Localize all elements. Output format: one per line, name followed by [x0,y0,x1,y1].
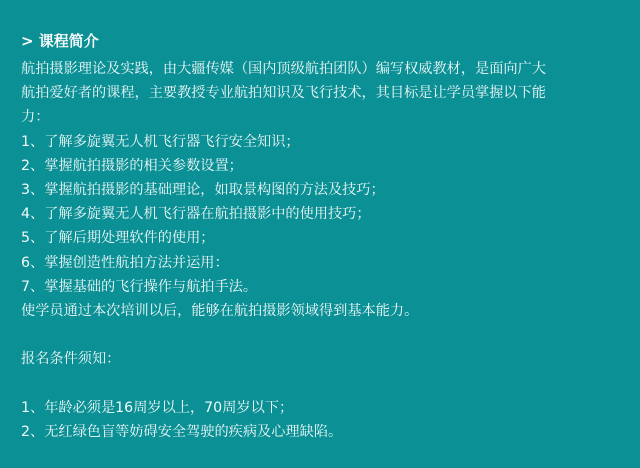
conclusion-text: 使学员通过本次培训以后，能够在航拍摄影领域得到基本能力。 [21,299,626,323]
requirement-item: 2、无红绿色盲等妨碍安全驾驶的疾病及心理缺陷。 [21,420,626,444]
spacer [21,323,626,347]
objective-item: 6、掌握创造性航拍方法并运用： [21,251,626,275]
objective-item: 2、掌握航拍摄影的相关参数设置； [21,154,626,178]
objective-item: 1、了解多旋翼无人机飞行器飞行安全知识； [21,130,626,154]
spacer [21,371,626,395]
course-description: 航拍摄影理论及实践，由大疆传媒（国内顶级航拍团队）编写权威教材，是面向广大 航拍… [21,57,626,444]
intro-line: 航拍摄影理论及实践，由大疆传媒（国内顶级航拍团队）编写权威教材，是面向广大 [21,57,626,81]
objective-item: 3、掌握航拍摄影的基础理论，如取景构图的方法及技巧； [21,178,626,202]
objective-item: 5、了解后期处理软件的使用； [21,226,626,250]
intro-line: 力： [21,105,626,129]
objective-item: 7、掌握基础的飞行操作与航拍手法。 [21,275,626,299]
objective-item: 4、了解多旋翼无人机飞行器在航拍摄影中的使用技巧； [21,202,626,226]
section-heading: > 课程简介 [21,30,99,52]
intro-line: 航拍爱好者的课程，主要教授专业航拍知识及飞行技术，其目标是让学员掌握以下能 [21,81,626,105]
requirement-item: 1、年龄必须是16周岁以上，70周岁以下； [21,396,626,420]
course-intro-panel: > 课程简介 航拍摄影理论及实践，由大疆传媒（国内顶级航拍团队）编写权威教材，是… [0,0,640,468]
requirements-title: 报名条件须知： [21,347,626,371]
